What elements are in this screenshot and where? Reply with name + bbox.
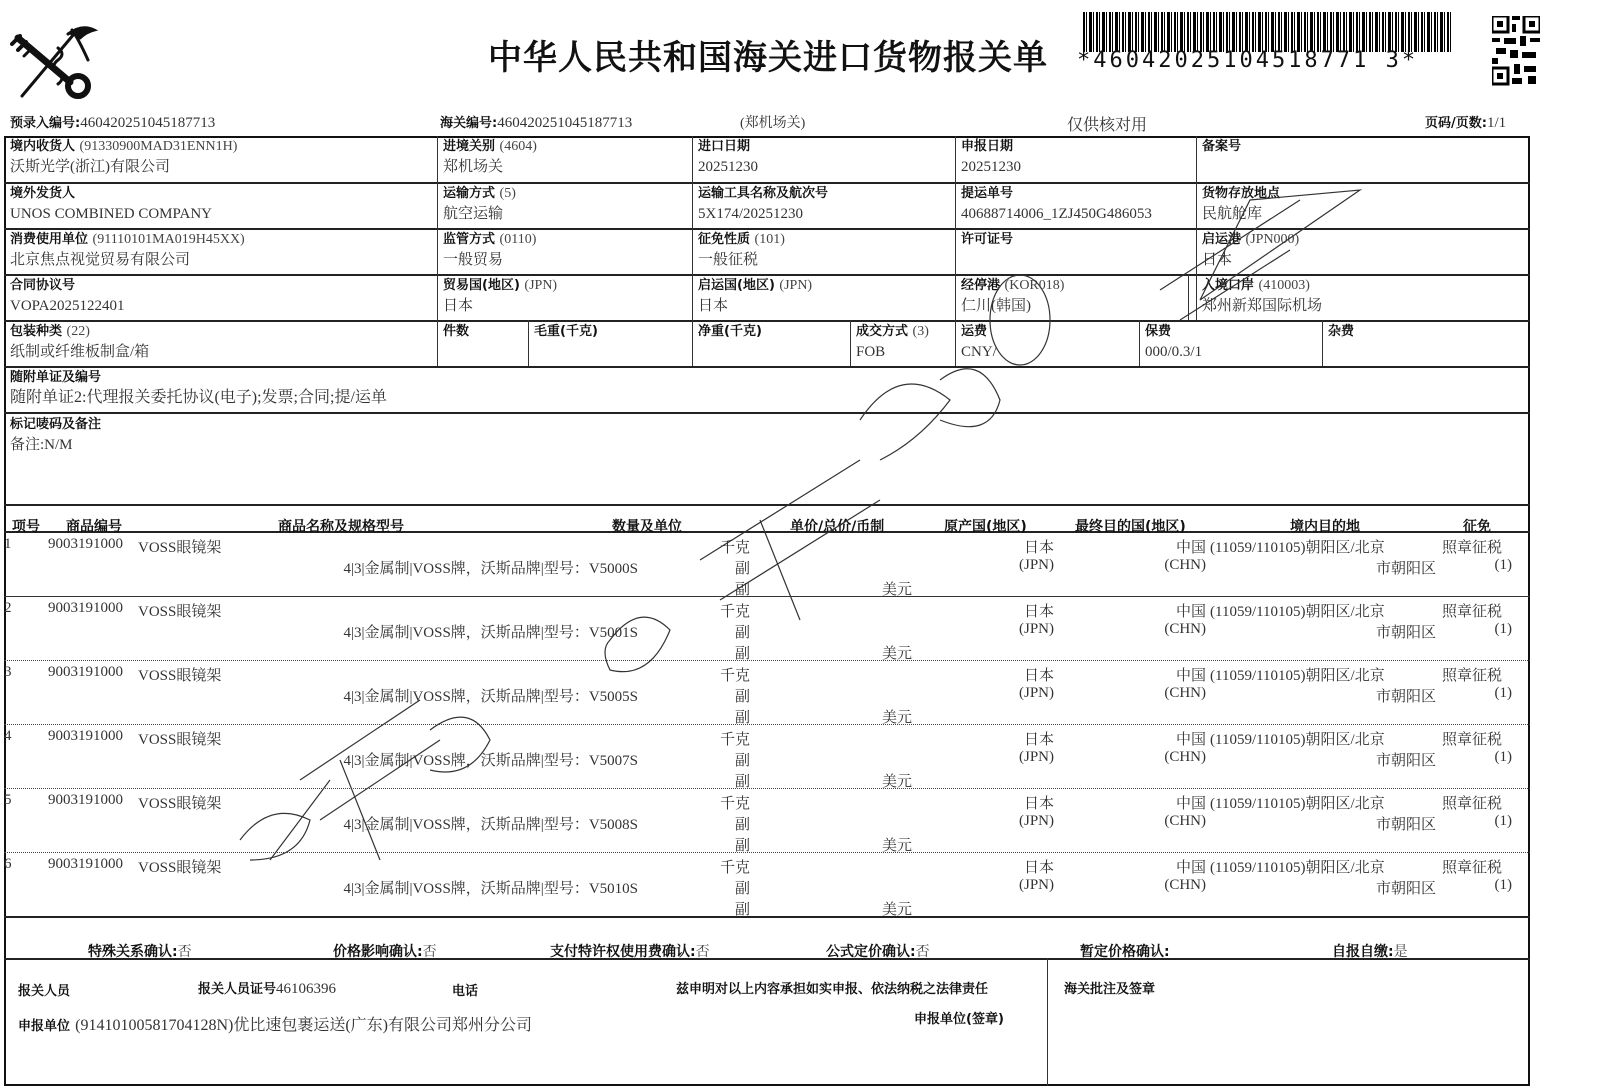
item-no: 2 bbox=[4, 600, 12, 617]
pre-entry-number: 预录入编号:460420251045187713 bbox=[10, 112, 215, 132]
consignee-field: 境内收货人 (91330900MAD31ENN1H) 沃斯光学(浙江)有限公司 bbox=[10, 138, 237, 178]
product-spec: 4|3|金属制|VOSS牌，沃斯品牌|型号：V5000S bbox=[140, 557, 638, 578]
self-declare-pay: 自报自缴:是 bbox=[1332, 941, 1408, 961]
unit-tertiary: 副 bbox=[700, 578, 750, 599]
trade-country-field: 贸易国(地区) (JPN) 日本 bbox=[443, 277, 557, 317]
qr-code-icon bbox=[1492, 16, 1540, 88]
table-row: 59003191000VOSS眼镜架4|3|金属制|VOSS牌，沃斯品牌|型号：… bbox=[0, 789, 1560, 853]
misc-fee-field: 杂费 bbox=[1328, 323, 1354, 341]
origin-country: 日本 bbox=[1000, 536, 1054, 557]
tax-nature-field: 征免性质 (101) 一般征税 bbox=[698, 231, 785, 271]
dest-code: (CHN) bbox=[1140, 621, 1206, 638]
customs-emblem-icon bbox=[8, 20, 98, 100]
product-name: VOSS眼镜架 bbox=[138, 600, 221, 621]
royalty-confirm: 支付特许权使用费确认:否 bbox=[550, 941, 710, 961]
marks-remarks-field: 标记唛码及备注 备注:N/M bbox=[10, 416, 101, 456]
currency: 美元 bbox=[882, 642, 912, 663]
hs-code: 9003191000 bbox=[48, 536, 123, 553]
customs-number: 海关编号:460420251045187713 bbox=[440, 112, 632, 132]
dest-country: 中国 bbox=[1140, 664, 1206, 685]
table-row: 29003191000VOSS眼镜架4|3|金属制|VOSS牌，沃斯品牌|型号：… bbox=[0, 597, 1560, 661]
unit-secondary: 副 bbox=[700, 557, 750, 578]
domestic-dest-2: 市朝阳区 bbox=[1300, 557, 1436, 578]
levy-code: (1) bbox=[1440, 685, 1512, 702]
dest-code: (CHN) bbox=[1140, 813, 1206, 830]
unit-tertiary: 副 bbox=[700, 770, 750, 791]
unit-secondary: 副 bbox=[700, 621, 750, 642]
unit-tertiary: 副 bbox=[700, 834, 750, 855]
levy-code: (1) bbox=[1440, 813, 1512, 830]
dest-code: (CHN) bbox=[1140, 877, 1206, 894]
license-field: 许可证号 bbox=[961, 231, 1013, 249]
table-row: 69003191000VOSS眼镜架4|3|金属制|VOSS牌，沃斯品牌|型号：… bbox=[0, 853, 1560, 917]
domestic-dest-2: 市朝阳区 bbox=[1300, 685, 1436, 706]
levy-code: (1) bbox=[1440, 749, 1512, 766]
declarant-label: 报关人员 bbox=[18, 980, 70, 999]
origin-code: (JPN) bbox=[1000, 685, 1054, 702]
origin-country: 日本 bbox=[1000, 856, 1054, 877]
bill-no-field: 提运单号 40688714006_1ZJ450G486053 bbox=[961, 185, 1152, 225]
hs-code: 9003191000 bbox=[48, 728, 123, 745]
product-name: VOSS眼镜架 bbox=[138, 728, 221, 749]
table-row: 19003191000VOSS眼镜架4|3|金属制|VOSS牌，沃斯品牌|型号：… bbox=[0, 533, 1560, 597]
domestic-dest: (11059/110105)朝阳区/北京 bbox=[1210, 728, 1385, 749]
document-title: 中华人民共和国海关进口货物报关单 bbox=[488, 30, 1048, 79]
levy-mode: 照章征税 bbox=[1442, 792, 1502, 813]
currency: 美元 bbox=[882, 834, 912, 855]
entry-port-field: 入境口岸 (410003) 郑州新郑国际机场 bbox=[1202, 277, 1322, 317]
levy-mode: 照章征税 bbox=[1442, 664, 1502, 685]
origin-country: 日本 bbox=[1000, 664, 1054, 685]
domestic-dest: (11059/110105)朝阳区/北京 bbox=[1210, 792, 1385, 813]
customs-seal-label: 海关批注及签章 bbox=[1064, 978, 1155, 997]
table-row: 39003191000VOSS眼镜架4|3|金属制|VOSS牌，沃斯品牌|型号：… bbox=[0, 661, 1560, 725]
unit-primary: 千克 bbox=[700, 856, 750, 877]
product-name: VOSS眼镜架 bbox=[138, 536, 221, 557]
unit-primary: 千克 bbox=[700, 600, 750, 621]
declarant-cert: 报关人员证号46106396 bbox=[198, 978, 336, 998]
formula-pricing-confirm: 公式定价确认:否 bbox=[826, 941, 930, 961]
currency: 美元 bbox=[882, 898, 912, 919]
currency: 美元 bbox=[882, 770, 912, 791]
unit-tertiary: 副 bbox=[700, 642, 750, 663]
price-impact-confirm: 价格影响确认:否 bbox=[333, 941, 437, 961]
unit-secondary: 副 bbox=[700, 749, 750, 770]
insurance-field: 保费 000/0.3/1 bbox=[1145, 323, 1202, 363]
net-weight-field: 净重(千克) bbox=[698, 323, 762, 341]
depart-port-field: 启运港 (JPN000) 日本 bbox=[1202, 231, 1299, 271]
domestic-dest-2: 市朝阳区 bbox=[1300, 813, 1436, 834]
domestic-dest: (11059/110105)朝阳区/北京 bbox=[1210, 856, 1385, 877]
contract-field: 合同协议号 VOPA2025122401 bbox=[10, 277, 124, 317]
table-row: 49003191000VOSS眼镜架4|3|金属制|VOSS牌，沃斯品牌|型号：… bbox=[0, 725, 1560, 789]
dest-country: 中国 bbox=[1140, 728, 1206, 749]
gross-weight-field: 毛重(千克) bbox=[534, 323, 598, 341]
levy-code: (1) bbox=[1440, 557, 1512, 574]
consignor-field: 境外发货人 UNOS COMBINED COMPANY bbox=[10, 185, 212, 225]
origin-code: (JPN) bbox=[1000, 557, 1054, 574]
hs-code: 9003191000 bbox=[48, 664, 123, 681]
origin-code: (JPN) bbox=[1000, 749, 1054, 766]
special-relation-confirm: 特殊关系确认:否 bbox=[88, 941, 192, 961]
transport-mode-field: 运输方式 (5) 航空运输 bbox=[443, 185, 516, 225]
origin-country: 日本 bbox=[1000, 600, 1054, 621]
currency: 美元 bbox=[882, 578, 912, 599]
dest-country: 中国 bbox=[1140, 600, 1206, 621]
origin-code: (JPN) bbox=[1000, 877, 1054, 894]
import-date-field: 进口日期 20251230 bbox=[698, 138, 758, 178]
levy-mode: 照章征税 bbox=[1442, 536, 1502, 557]
dest-code: (CHN) bbox=[1140, 749, 1206, 766]
dest-country: 中国 bbox=[1140, 856, 1206, 877]
barcode-icon bbox=[1083, 12, 1451, 52]
unit-tertiary: 副 bbox=[700, 898, 750, 919]
unit-secondary: 副 bbox=[700, 813, 750, 834]
entry-customs-field: 进境关别 (4604) 郑机场关 bbox=[443, 138, 537, 178]
origin-code: (JPN) bbox=[1000, 621, 1054, 638]
depart-country-field: 启运国(地区) (JPN) 日本 bbox=[698, 277, 812, 317]
product-spec: 4|3|金属制|VOSS牌，沃斯品牌|型号：V5007S bbox=[140, 749, 638, 770]
barcode-number: *46042025104518771 3* bbox=[1077, 48, 1418, 73]
origin-country: 日本 bbox=[1000, 792, 1054, 813]
product-spec: 4|3|金属制|VOSS牌，沃斯品牌|型号：V5008S bbox=[140, 813, 638, 834]
unit-secondary: 副 bbox=[700, 685, 750, 706]
product-spec: 4|3|金属制|VOSS牌，沃斯品牌|型号：V5001S bbox=[140, 621, 638, 642]
product-name: VOSS眼镜架 bbox=[138, 856, 221, 877]
legal-statement: 兹申明对以上内容承担如实申报、依法纳税之法律责任 bbox=[676, 978, 988, 997]
domestic-dest-2: 市朝阳区 bbox=[1300, 877, 1436, 898]
for-check-only: 仅供核对用 bbox=[1067, 112, 1147, 135]
stop-port-field: 经停港 (KOR018) 仁川(韩国) bbox=[961, 277, 1064, 317]
levy-mode: 照章征税 bbox=[1442, 856, 1502, 877]
origin-country: 日本 bbox=[1000, 728, 1054, 749]
item-no: 5 bbox=[4, 792, 12, 809]
levy-mode: 照章征税 bbox=[1442, 728, 1502, 749]
deal-mode-field: 成交方式 (3) FOB bbox=[856, 323, 929, 363]
product-spec: 4|3|金属制|VOSS牌，沃斯品牌|型号：V5010S bbox=[140, 877, 638, 898]
vessel-field: 运输工具名称及航次号 5X174/20251230 bbox=[698, 185, 828, 225]
unit-primary: 千克 bbox=[700, 792, 750, 813]
currency: 美元 bbox=[882, 706, 912, 727]
unit-seal-label: 申报单位(签章) bbox=[914, 1008, 1004, 1027]
hs-code: 9003191000 bbox=[48, 856, 123, 873]
item-no: 1 bbox=[4, 536, 12, 553]
consumer-field: 消费使用单位 (91110101MA019H45XX) 北京焦点视觉贸易有限公司 bbox=[10, 231, 245, 271]
item-no: 4 bbox=[4, 728, 12, 745]
unit-secondary: 副 bbox=[700, 877, 750, 898]
item-no: 3 bbox=[4, 664, 12, 681]
dest-country: 中国 bbox=[1140, 536, 1206, 557]
package-field: 包装种类 (22) 纸制或纤维板制盒/箱 bbox=[10, 323, 149, 363]
declare-date-field: 申报日期 20251230 bbox=[961, 138, 1021, 178]
domestic-dest-2: 市朝阳区 bbox=[1300, 621, 1436, 642]
product-name: VOSS眼镜架 bbox=[138, 664, 221, 685]
item-no: 6 bbox=[4, 856, 12, 873]
domestic-dest-2: 市朝阳区 bbox=[1300, 749, 1436, 770]
page-number: 页码/页数:1/1 bbox=[1425, 112, 1506, 132]
unit-primary: 千克 bbox=[700, 728, 750, 749]
hs-code: 9003191000 bbox=[48, 600, 123, 617]
unit-primary: 千克 bbox=[700, 536, 750, 557]
supervision-field: 监管方式 (0110) 一般贸易 bbox=[443, 231, 536, 271]
dest-code: (CHN) bbox=[1140, 557, 1206, 574]
pieces-field: 件数 bbox=[443, 323, 469, 341]
customs-office: (郑机场关) bbox=[740, 112, 805, 132]
phone-label: 电话 bbox=[452, 980, 478, 999]
record-no-field: 备案号 bbox=[1202, 138, 1241, 156]
provisional-price-confirm: 暂定价格确认: bbox=[1080, 941, 1170, 961]
dest-country: 中国 bbox=[1140, 792, 1206, 813]
attached-docs-field: 随附单证及编号 随附单证2:代理报关委托协议(电子);发票;合同;提/运单 bbox=[10, 369, 387, 409]
levy-code: (1) bbox=[1440, 621, 1512, 638]
domestic-dest: (11059/110105)朝阳区/北京 bbox=[1210, 664, 1385, 685]
product-name: VOSS眼镜架 bbox=[138, 792, 221, 813]
domestic-dest: (11059/110105)朝阳区/北京 bbox=[1210, 536, 1385, 557]
declaring-unit: 申报单位 (91410100581704128N)优比速包裹运送(广东)有限公司… bbox=[18, 1012, 532, 1035]
levy-mode: 照章征税 bbox=[1442, 600, 1502, 621]
levy-code: (1) bbox=[1440, 877, 1512, 894]
domestic-dest: (11059/110105)朝阳区/北京 bbox=[1210, 600, 1385, 621]
unit-tertiary: 副 bbox=[700, 706, 750, 727]
origin-code: (JPN) bbox=[1000, 813, 1054, 830]
hs-code: 9003191000 bbox=[48, 792, 123, 809]
freight-field: 运费 CNY/ bbox=[961, 323, 997, 363]
dest-code: (CHN) bbox=[1140, 685, 1206, 702]
storage-field: 货物存放地点 民航舱库 bbox=[1202, 185, 1280, 225]
product-spec: 4|3|金属制|VOSS牌，沃斯品牌|型号：V5005S bbox=[140, 685, 638, 706]
unit-primary: 千克 bbox=[700, 664, 750, 685]
